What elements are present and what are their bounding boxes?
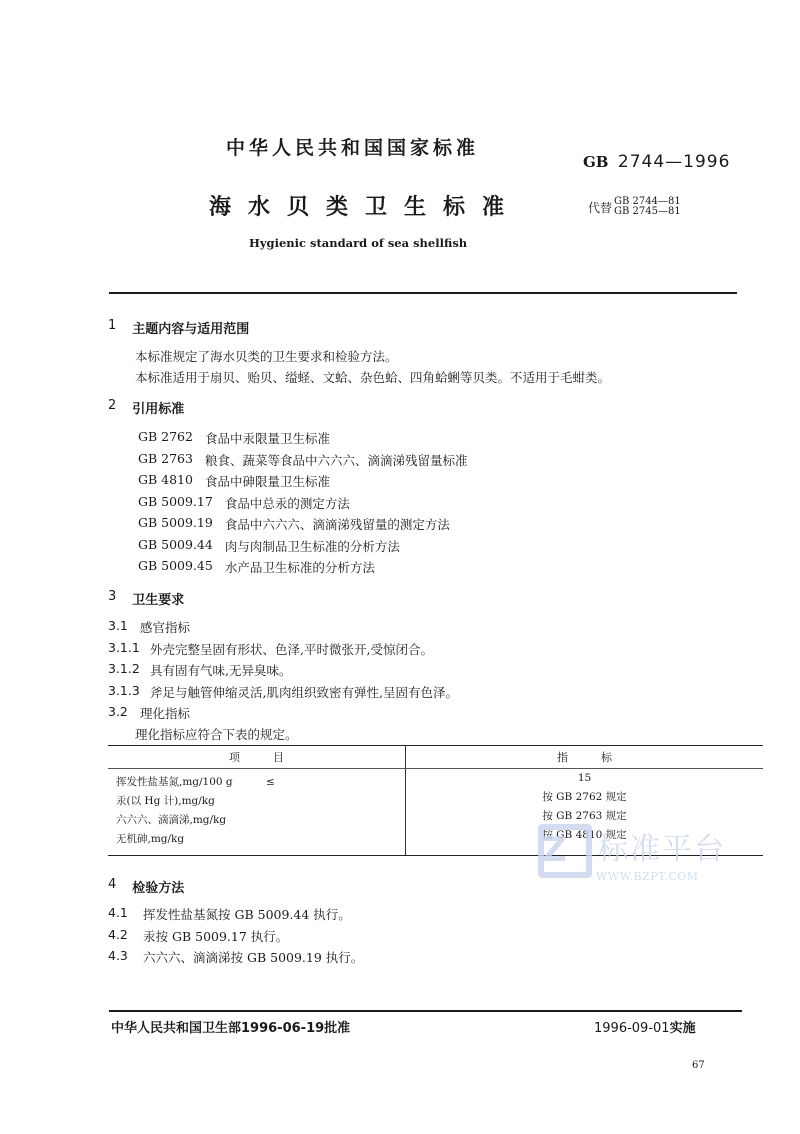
standard-prefix: GB bbox=[583, 153, 609, 171]
section-1-paragraph: 本标准适用于扇贝、贻贝、缢蛏、文蛤、杂色蛤、四角蛤蜊等贝类。不适用于毛蚶类。 bbox=[135, 368, 610, 386]
less-or-equal-symbol: ≤ bbox=[266, 773, 275, 792]
standard-number: 2744—1996 bbox=[618, 152, 731, 172]
document-title-en: Hygienic standard of sea shellfish bbox=[249, 236, 467, 250]
table-value: 15 bbox=[406, 769, 763, 788]
reference-item: GB 5009.17 食品中总汞的测定方法 bbox=[138, 494, 467, 516]
clause-item: 4.3 六六六、滴滴涕按 GB 5009.19 执行。 bbox=[108, 948, 363, 970]
section-1-heading: 1 主题内容与适用范围 bbox=[108, 318, 249, 337]
reference-item: GB 4810 食品中砷限量卫生标准 bbox=[138, 472, 467, 494]
table-row: 挥发性盐基氮,mg/100 g ≤ bbox=[108, 773, 405, 792]
reference-item: GB 5009.44 肉与肉制品卫生标准的分析方法 bbox=[138, 537, 467, 559]
header-divider bbox=[109, 292, 737, 294]
watermark-logo-letter: Z bbox=[542, 830, 567, 870]
clause-item: 4.1 挥发性盐基氮按 GB 5009.44 执行。 bbox=[108, 905, 363, 927]
section-4-heading: 4 检验方法 bbox=[108, 877, 184, 896]
section-2-heading: 2 引用标准 bbox=[108, 398, 184, 417]
clause-list: 3.1 感官指标 3.1.1 外壳完整呈固有形状、色泽,平时微张开,受惊闭合。 … bbox=[108, 618, 458, 726]
table-row: 汞(以 Hg 计),mg/kg bbox=[108, 792, 405, 811]
clause-item: 3.2 理化指标 bbox=[108, 704, 458, 726]
test-method-list: 4.1 挥发性盐基氮按 GB 5009.44 执行。 4.2 汞按 GB 500… bbox=[108, 905, 363, 970]
standard-code: GB 2744—1996 bbox=[583, 152, 730, 172]
clause-item: 3.1.3 斧足与触管伸缩灵活,肌肉组织致密有弹性,呈固有色泽。 bbox=[108, 683, 458, 705]
footer-divider bbox=[109, 1010, 742, 1012]
table-row: 六六六、滴滴涕,mg/kg bbox=[108, 811, 405, 830]
reference-item: GB 5009.45 水产品卫生标准的分析方法 bbox=[138, 558, 467, 580]
table-value: 按 GB 2762 规定 bbox=[406, 788, 763, 807]
page-number: 67 bbox=[692, 1060, 705, 1071]
table-header-value: 指 标 bbox=[406, 746, 764, 769]
table-items-cell: 挥发性盐基氮,mg/100 g ≤ 汞(以 Hg 计),mg/kg 六六六、滴滴… bbox=[108, 769, 406, 856]
watermark-url: WWW.BZPT.COM bbox=[596, 870, 699, 883]
section-3-heading: 3 卫生要求 bbox=[108, 589, 184, 608]
reference-item: GB 2763 粮食、蔬菜等食品中六六六、滴滴涕残留量标准 bbox=[138, 451, 467, 473]
document-title-cn: 海水贝类卫生标准 bbox=[209, 190, 521, 221]
effective-date: 1996-09-01 bbox=[594, 1021, 670, 1036]
clause-item: 3.1.2 具有固有气味,无异臭味。 bbox=[108, 661, 458, 683]
reference-item: GB 2762 食品中汞限量卫生标准 bbox=[138, 429, 467, 451]
replaced-standard: GB 2745—81 bbox=[614, 207, 681, 217]
section-1-paragraph: 本标准规定了海水贝类的卫生要求和检验方法。 bbox=[135, 347, 398, 365]
watermark-text: 标准平台 bbox=[598, 824, 726, 868]
replaces-block: 代替 GB 2744—81 GB 2745—81 bbox=[588, 197, 681, 217]
clause-item: 4.2 汞按 GB 5009.17 执行。 bbox=[108, 927, 363, 949]
reference-list: GB 2762 食品中汞限量卫生标准 GB 2763 粮食、蔬菜等食品中六六六、… bbox=[138, 429, 467, 580]
effective-line: 1996-09-01实施 bbox=[594, 1017, 696, 1036]
clause-item: 3.1.1 外壳完整呈固有形状、色泽,平时微张开,受惊闭合。 bbox=[108, 640, 458, 662]
replaces-label: 代替 bbox=[588, 199, 612, 216]
table-header-item: 项 目 bbox=[108, 746, 406, 769]
effective-label: 实施 bbox=[670, 1021, 696, 1036]
issuing-organization: 中华人民共和国国家标准 bbox=[226, 133, 479, 160]
table-row: 无机砷,mg/kg bbox=[108, 830, 405, 849]
reference-item: GB 5009.19 食品中六六六、滴滴涕残留量的测定方法 bbox=[138, 515, 467, 537]
clause-item: 3.1 感官指标 bbox=[108, 618, 458, 640]
table-intro: 理化指标应符合下表的规定。 bbox=[135, 725, 298, 743]
approval-line: 中华人民共和国卫生部1996-06-19批准 bbox=[111, 1017, 350, 1036]
